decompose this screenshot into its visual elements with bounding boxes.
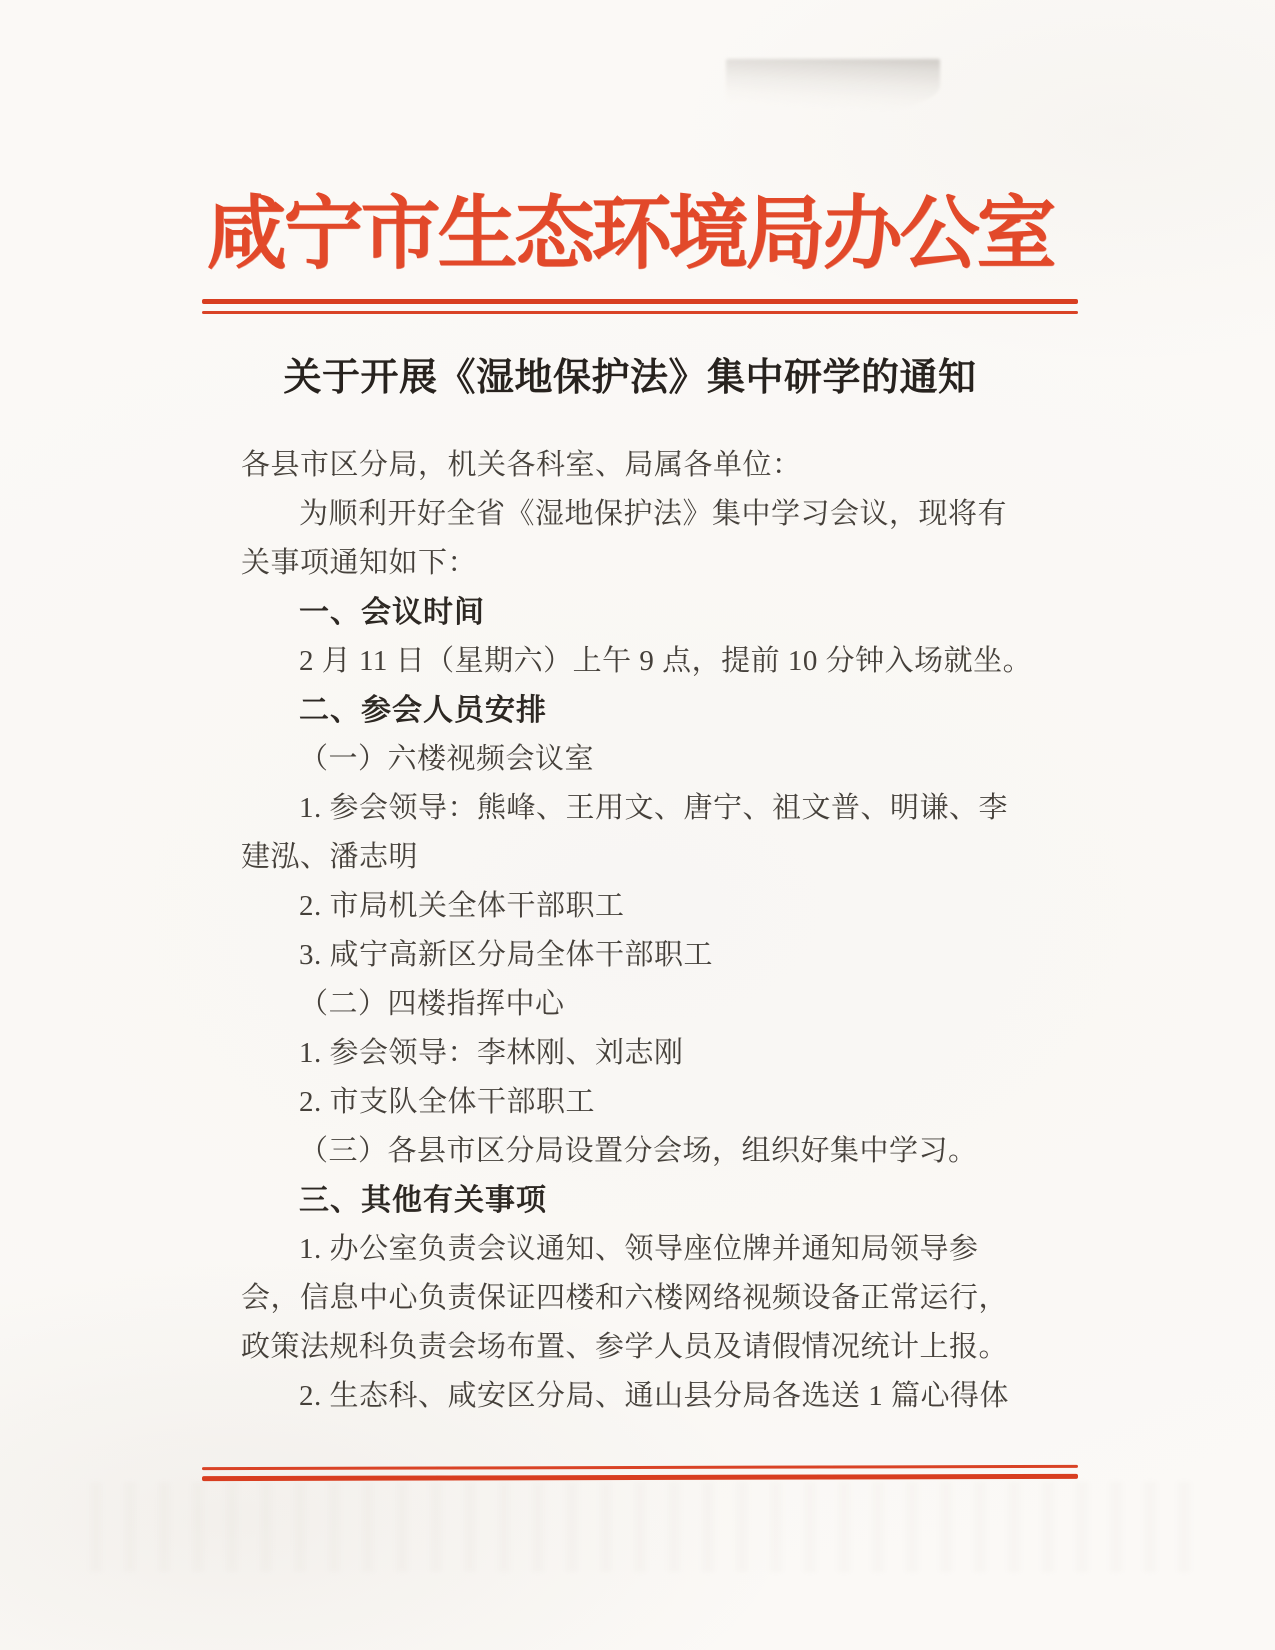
body-line-hightech-staff: 3. 咸宁高新区分局全体干部职工 (241, 931, 1041, 980)
body-line-leaders-6f: 1. 参会领导：熊峰、王用文、唐宁、祖文普、明谦、李 (241, 784, 1041, 833)
body-line-office-duty-3: 政策法规科负责会场布置、参学人员及请假情况统计上报。 (241, 1323, 1041, 1372)
red-rule-thick (202, 299, 1078, 304)
body-line-leaders-6f-cont: 建泓、潘志明 (241, 833, 1041, 882)
subheading-branch-venues: （三）各县市区分局设置分会场，组织好集中学习。 (241, 1127, 1041, 1176)
red-rule-thin (202, 1465, 1078, 1470)
red-separator-bottom (202, 1465, 1078, 1481)
body-line-detachment: 2. 市支队全体干部职工 (241, 1078, 1041, 1127)
red-separator-top (202, 299, 1078, 314)
body-line-office-duty: 1. 办公室负责会议通知、领导座位牌并通知局领导参 (241, 1225, 1041, 1274)
document-title: 关于开展《湿地保护法》集中研学的通知 (190, 352, 1070, 404)
scan-texture-artifact (90, 1482, 1190, 1572)
letterhead-org-name: 咸宁市生态环境局办公室 (190, 189, 1070, 281)
document-page: 咸宁市生态环境局办公室 关于开展《湿地保护法》集中研学的通知 各县市区分局，机关… (0, 0, 1275, 1650)
body-line-intro: 为顺利开好全省《湿地保护法》集中学习会议，现将有 (241, 490, 1041, 539)
scan-shadow-artifact (726, 59, 940, 117)
body-line-office-duty-2: 会，信息中心负责保证四楼和六楼网络视频设备正常运行， (241, 1274, 1041, 1323)
heading-meeting-time: 一、会议时间 (241, 588, 1041, 637)
heading-other-matters: 三、其他有关事项 (241, 1176, 1041, 1225)
body-line-bureau-staff: 2. 市局机关全体干部职工 (241, 882, 1041, 931)
body-line-essay-task: 2. 生态科、咸安区分局、通山县分局各选送 1 篇心得体 (241, 1372, 1041, 1421)
heading-attendees: 二、参会人员安排 (241, 686, 1041, 735)
red-rule-thick (202, 1474, 1078, 1481)
subheading-4f-command: （二）四楼指挥中心 (241, 980, 1041, 1029)
body-line-leaders-4f: 1. 参会领导：李林刚、刘志刚 (241, 1029, 1041, 1078)
body-line-intro-cont: 关事项通知如下： (241, 539, 1041, 588)
document-body: 各县市区分局，机关各科室、局属各单位： 为顺利开好全省《湿地保护法》集中学习会议… (241, 441, 1041, 1421)
body-line-time-detail: 2 月 11 日（星期六）上午 9 点，提前 10 分钟入场就坐。 (241, 637, 1041, 686)
subheading-6f-video-room: （一）六楼视频会议室 (241, 735, 1041, 784)
body-line-salutation: 各县市区分局，机关各科室、局属各单位： (241, 441, 1041, 490)
red-rule-thin (202, 311, 1078, 314)
